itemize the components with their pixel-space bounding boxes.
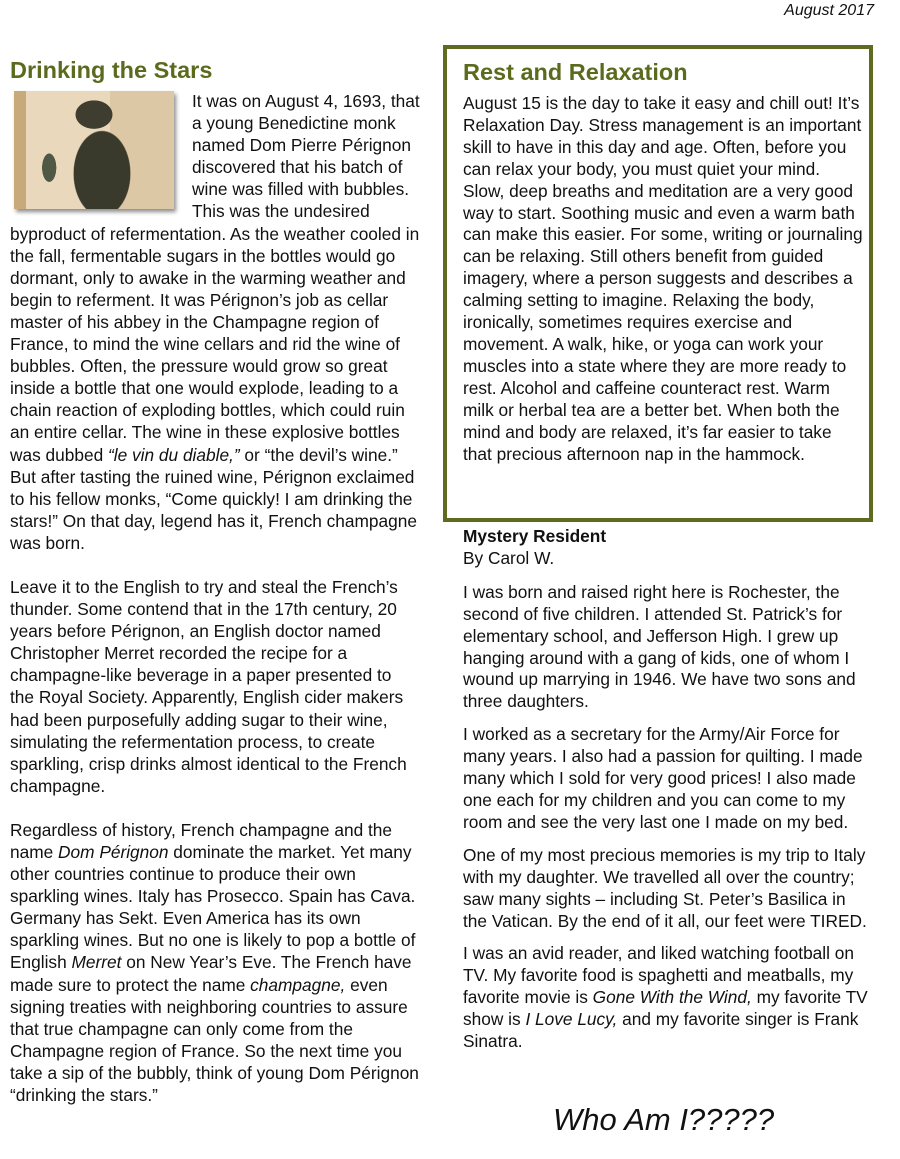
italic-run: Gone With the Wind, [593,987,752,1007]
mystery-resident-article: Mystery Resident By Carol W. I was born … [463,526,873,1064]
italic-run: Dom Pérignon [58,842,168,862]
who-am-i-closing: Who Am I????? [553,1100,774,1140]
article-paragraph: Regardless of history, French champagne … [10,819,420,1106]
mystery-paragraph: One of my most precious memories is my t… [463,845,873,933]
issue-date: August 2017 [784,2,874,20]
article-paragraph: Leave it to the English to try and steal… [10,576,420,797]
rest-and-relaxation-box: Rest and Relaxation August 15 is the day… [443,45,873,522]
italic-run: I Love Lucy, [525,1009,617,1029]
article-drinking-the-stars: Drinking the Stars It was on August 4, 1… [10,56,420,1128]
monk-statue-photo-icon [14,91,174,209]
italic-run: champagne, [250,975,345,995]
article-title: Drinking the Stars [10,56,420,84]
box-body: August 15 is the day to take it easy and… [463,93,863,465]
box-title: Rest and Relaxation [463,57,869,87]
mystery-paragraph: I was an avid reader, and liked watching… [463,943,873,1053]
mystery-paragraph: I worked as a secretary for the Army/Air… [463,724,873,834]
italic-run: “le vin du diable,” [108,445,240,465]
mystery-byline: By Carol W. [463,548,873,570]
mystery-title: Mystery Resident [463,526,873,548]
mystery-paragraph: I was born and raised right here is Roch… [463,582,873,713]
italic-run: Merret [71,952,121,972]
